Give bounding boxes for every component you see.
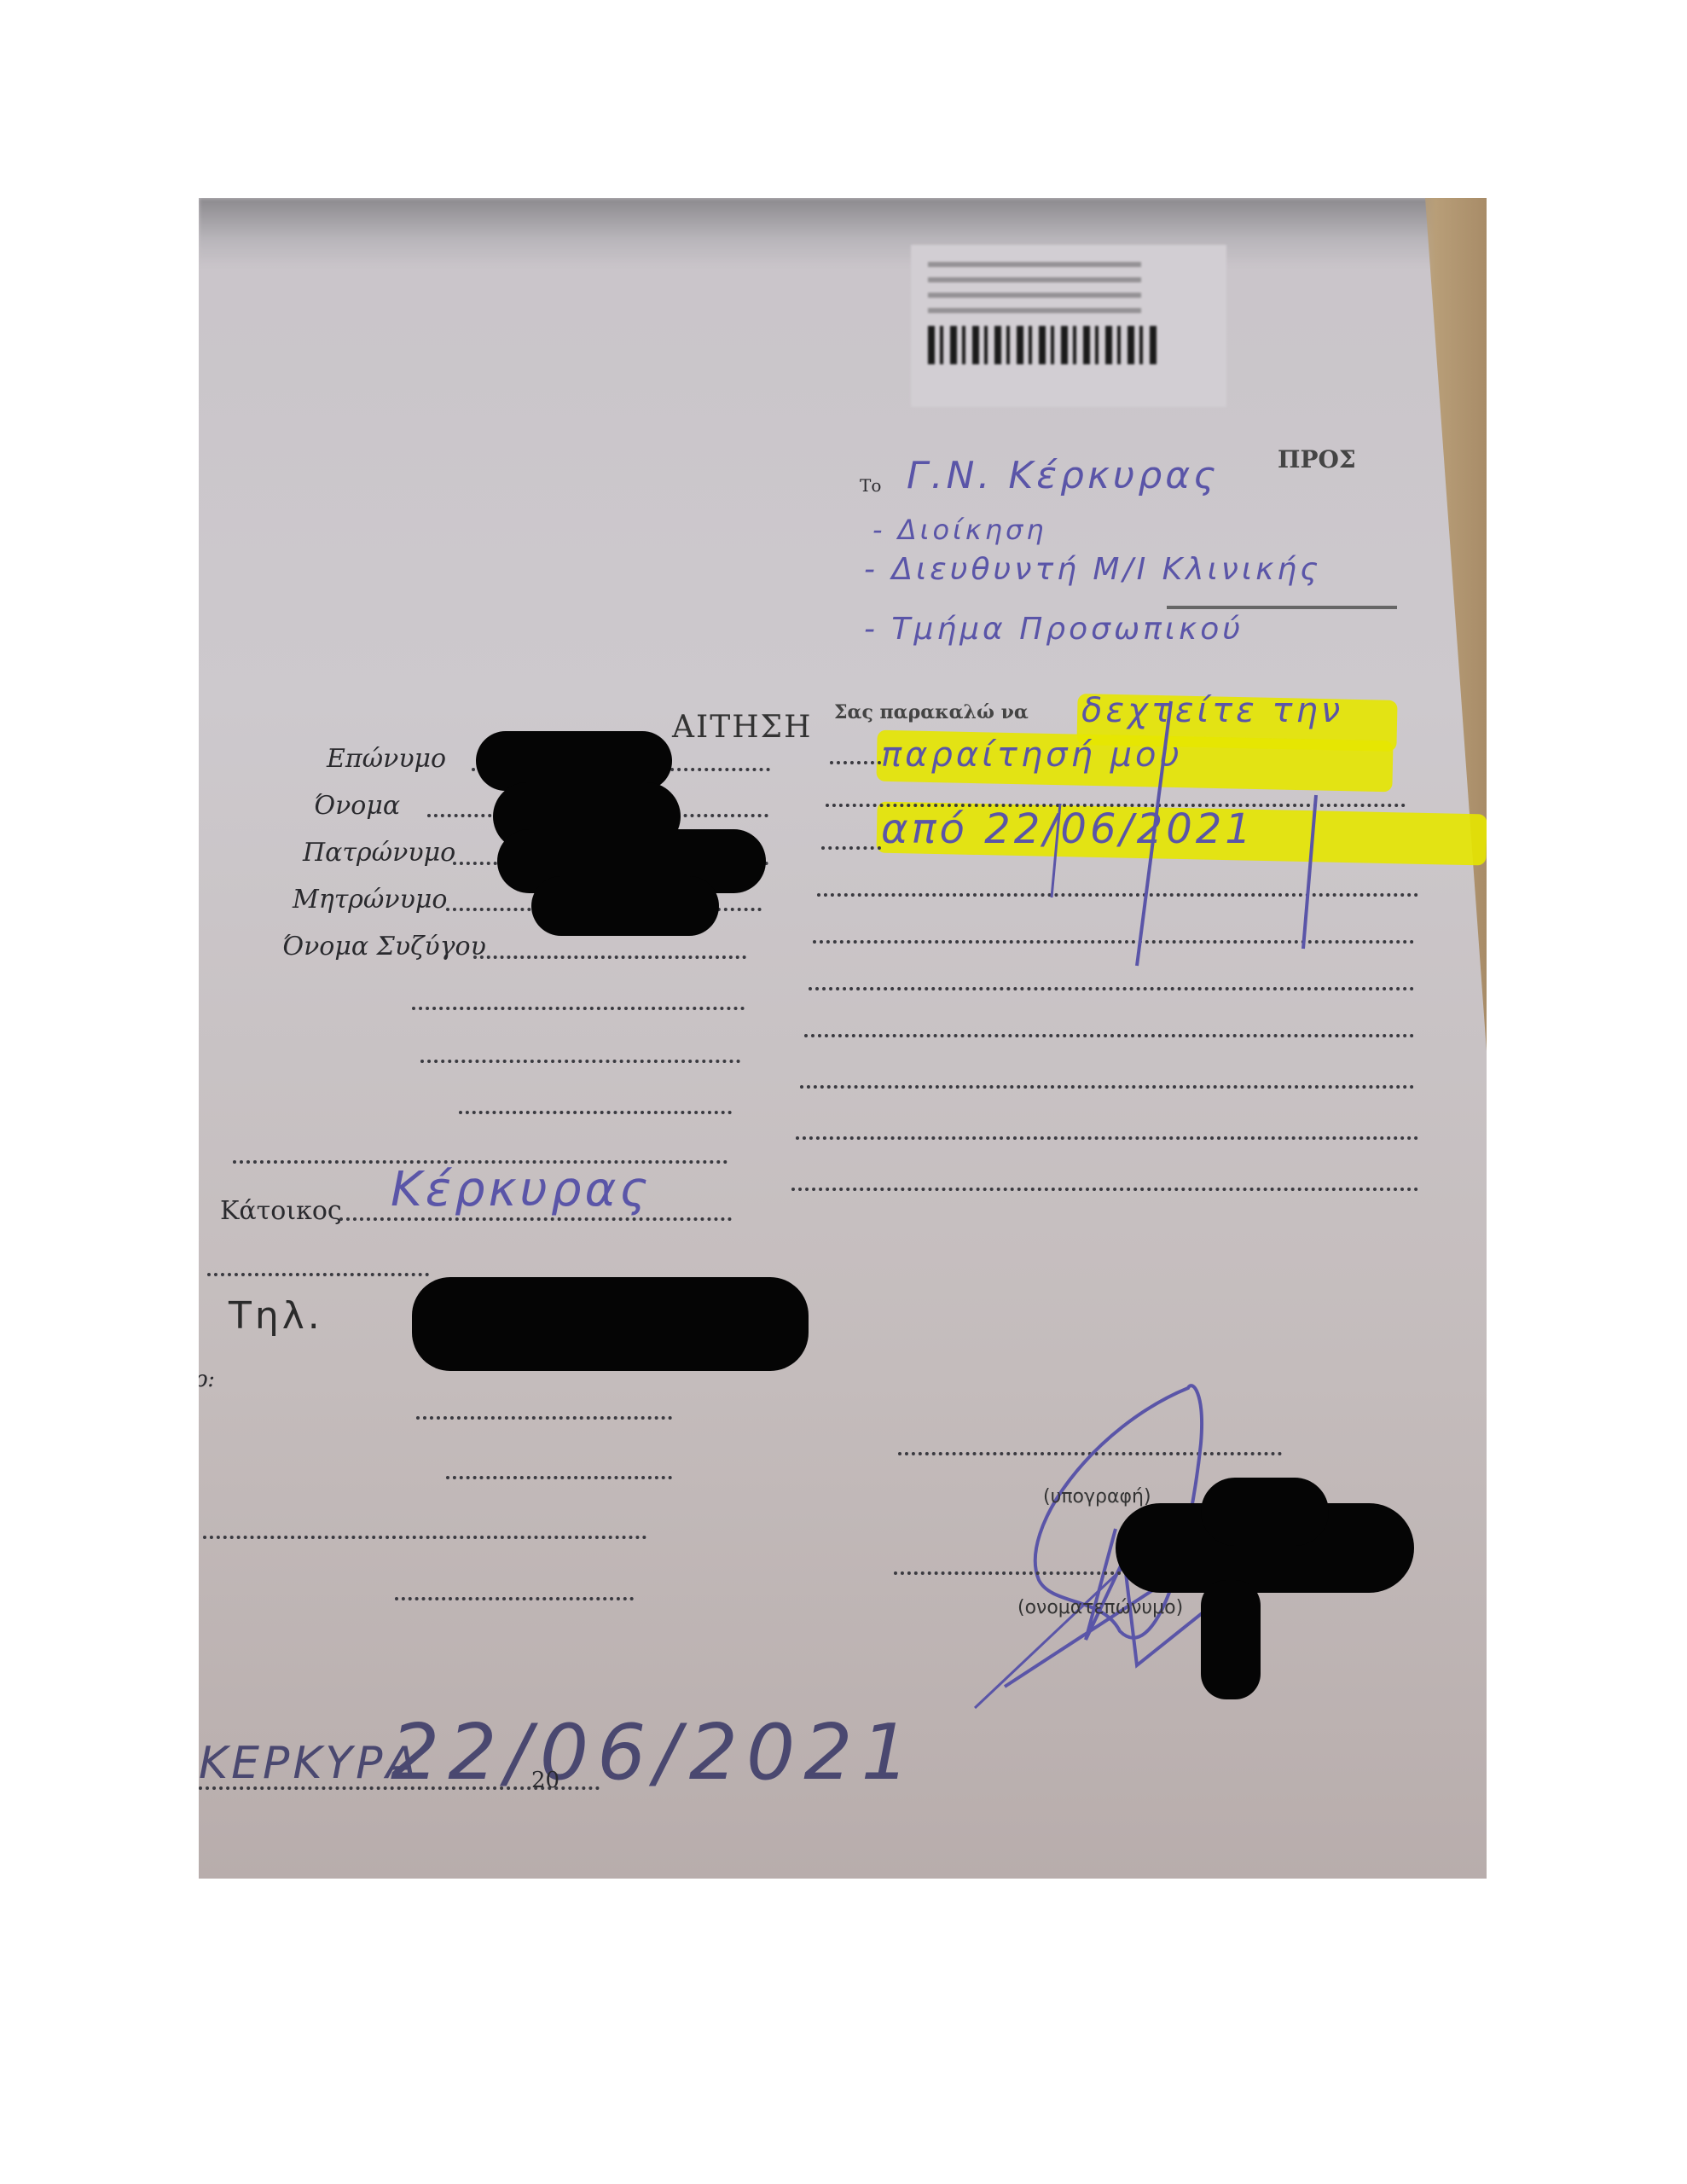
signature-caption: (υπογραφή) <box>1043 1486 1151 1507</box>
signature-icon <box>199 198 1487 1879</box>
redaction <box>1201 1580 1261 1699</box>
printed-year-prefix: 20 <box>531 1768 559 1793</box>
place-value: ΚΕΡΚΥΡΑ <box>199 1738 420 1789</box>
document-photo: ΠΡΟΣ Το Γ.Ν. Κέρκυρας - Διοίκηση - Διευθ… <box>199 198 1487 1879</box>
redaction <box>1201 1478 1329 1546</box>
name-caption: (ονοματεπώνυμο) <box>1017 1597 1183 1618</box>
date-value: 22/06/2021 <box>391 1708 919 1798</box>
